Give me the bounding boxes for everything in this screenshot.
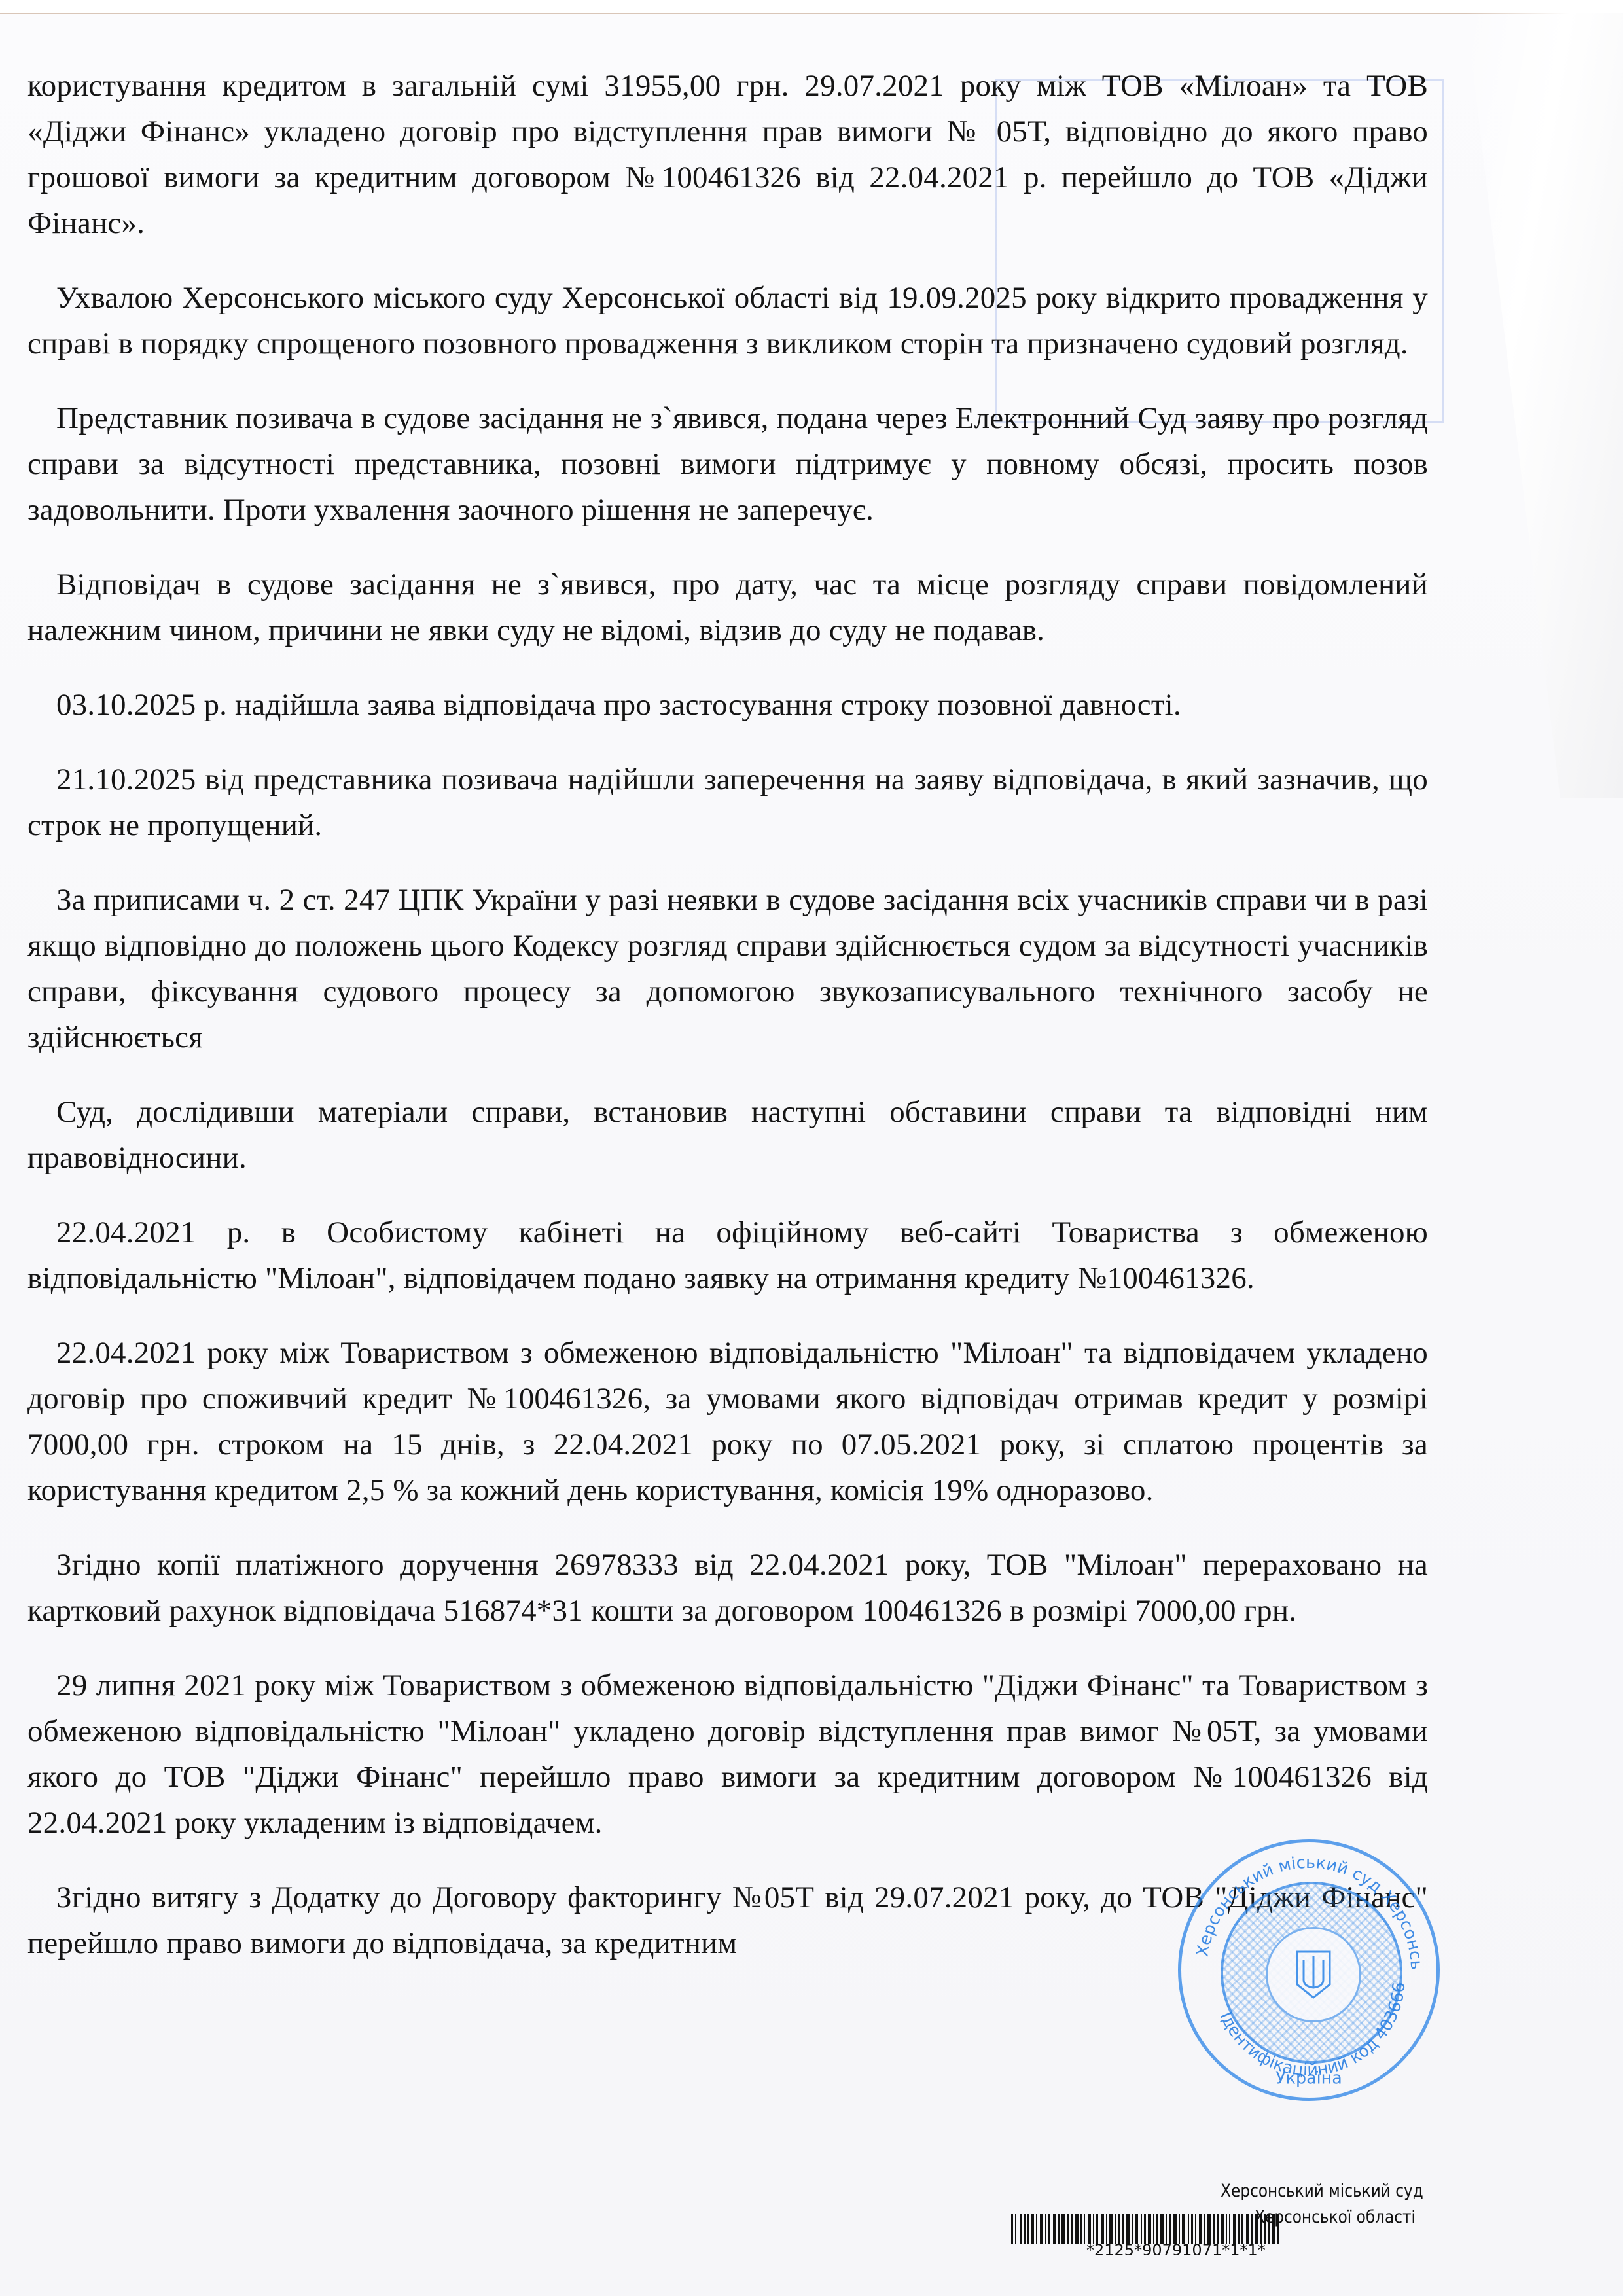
- paragraph: 03.10.2025 р. надійшла заява відповідача…: [27, 682, 1428, 728]
- stamp-core: [1266, 1927, 1361, 2022]
- paragraph: 22.04.2021 р. в Особистому кабінеті на о…: [27, 1210, 1428, 1301]
- stamp-bottom-text: Україна: [1275, 2068, 1342, 2088]
- trident-coat-of-arms-icon: [1294, 1948, 1333, 2001]
- court-name-label: Херсонський міський суд: [1187, 2181, 1457, 2201]
- paragraph: Згідно копії платіжного доручення 269783…: [27, 1542, 1428, 1634]
- paragraph: 21.10.2025 від представника позивача над…: [27, 757, 1428, 848]
- barcode-icon: [1011, 2214, 1279, 2244]
- document-body: користування кредитом в загальній сумі 3…: [27, 63, 1428, 1995]
- paragraph: За приписами ч. 2 ст. 247 ЦПК України у …: [27, 877, 1428, 1060]
- stamp-guilloche: [1221, 1882, 1402, 2064]
- paragraph: 29 липня 2021 року між Товариством з обм…: [27, 1662, 1428, 1846]
- barcode-number: *2125*90791071*1*1*: [1086, 2241, 1400, 2255]
- court-seal-stamp: Херсонський міський суд Херсонської обла…: [1178, 1839, 1440, 2101]
- paragraph: користування кредитом в загальній сумі 3…: [27, 63, 1428, 246]
- paragraph: Відповідач в судове засідання не з`явивс…: [27, 562, 1428, 653]
- paragraph: Ухвалою Херсонського міського суду Херсо…: [27, 275, 1428, 367]
- paragraph: Представник позивача в судове засідання …: [27, 395, 1428, 533]
- page-fold-shadow: [1466, 13, 1623, 798]
- paragraph: 22.04.2021 року між Товариством з обмеже…: [27, 1330, 1428, 1513]
- document-page: користування кредитом в загальній сумі 3…: [0, 0, 1623, 2296]
- page-top-edge: [0, 0, 1623, 14]
- paragraph: Суд, дослідивши матеріали справи, встано…: [27, 1089, 1428, 1181]
